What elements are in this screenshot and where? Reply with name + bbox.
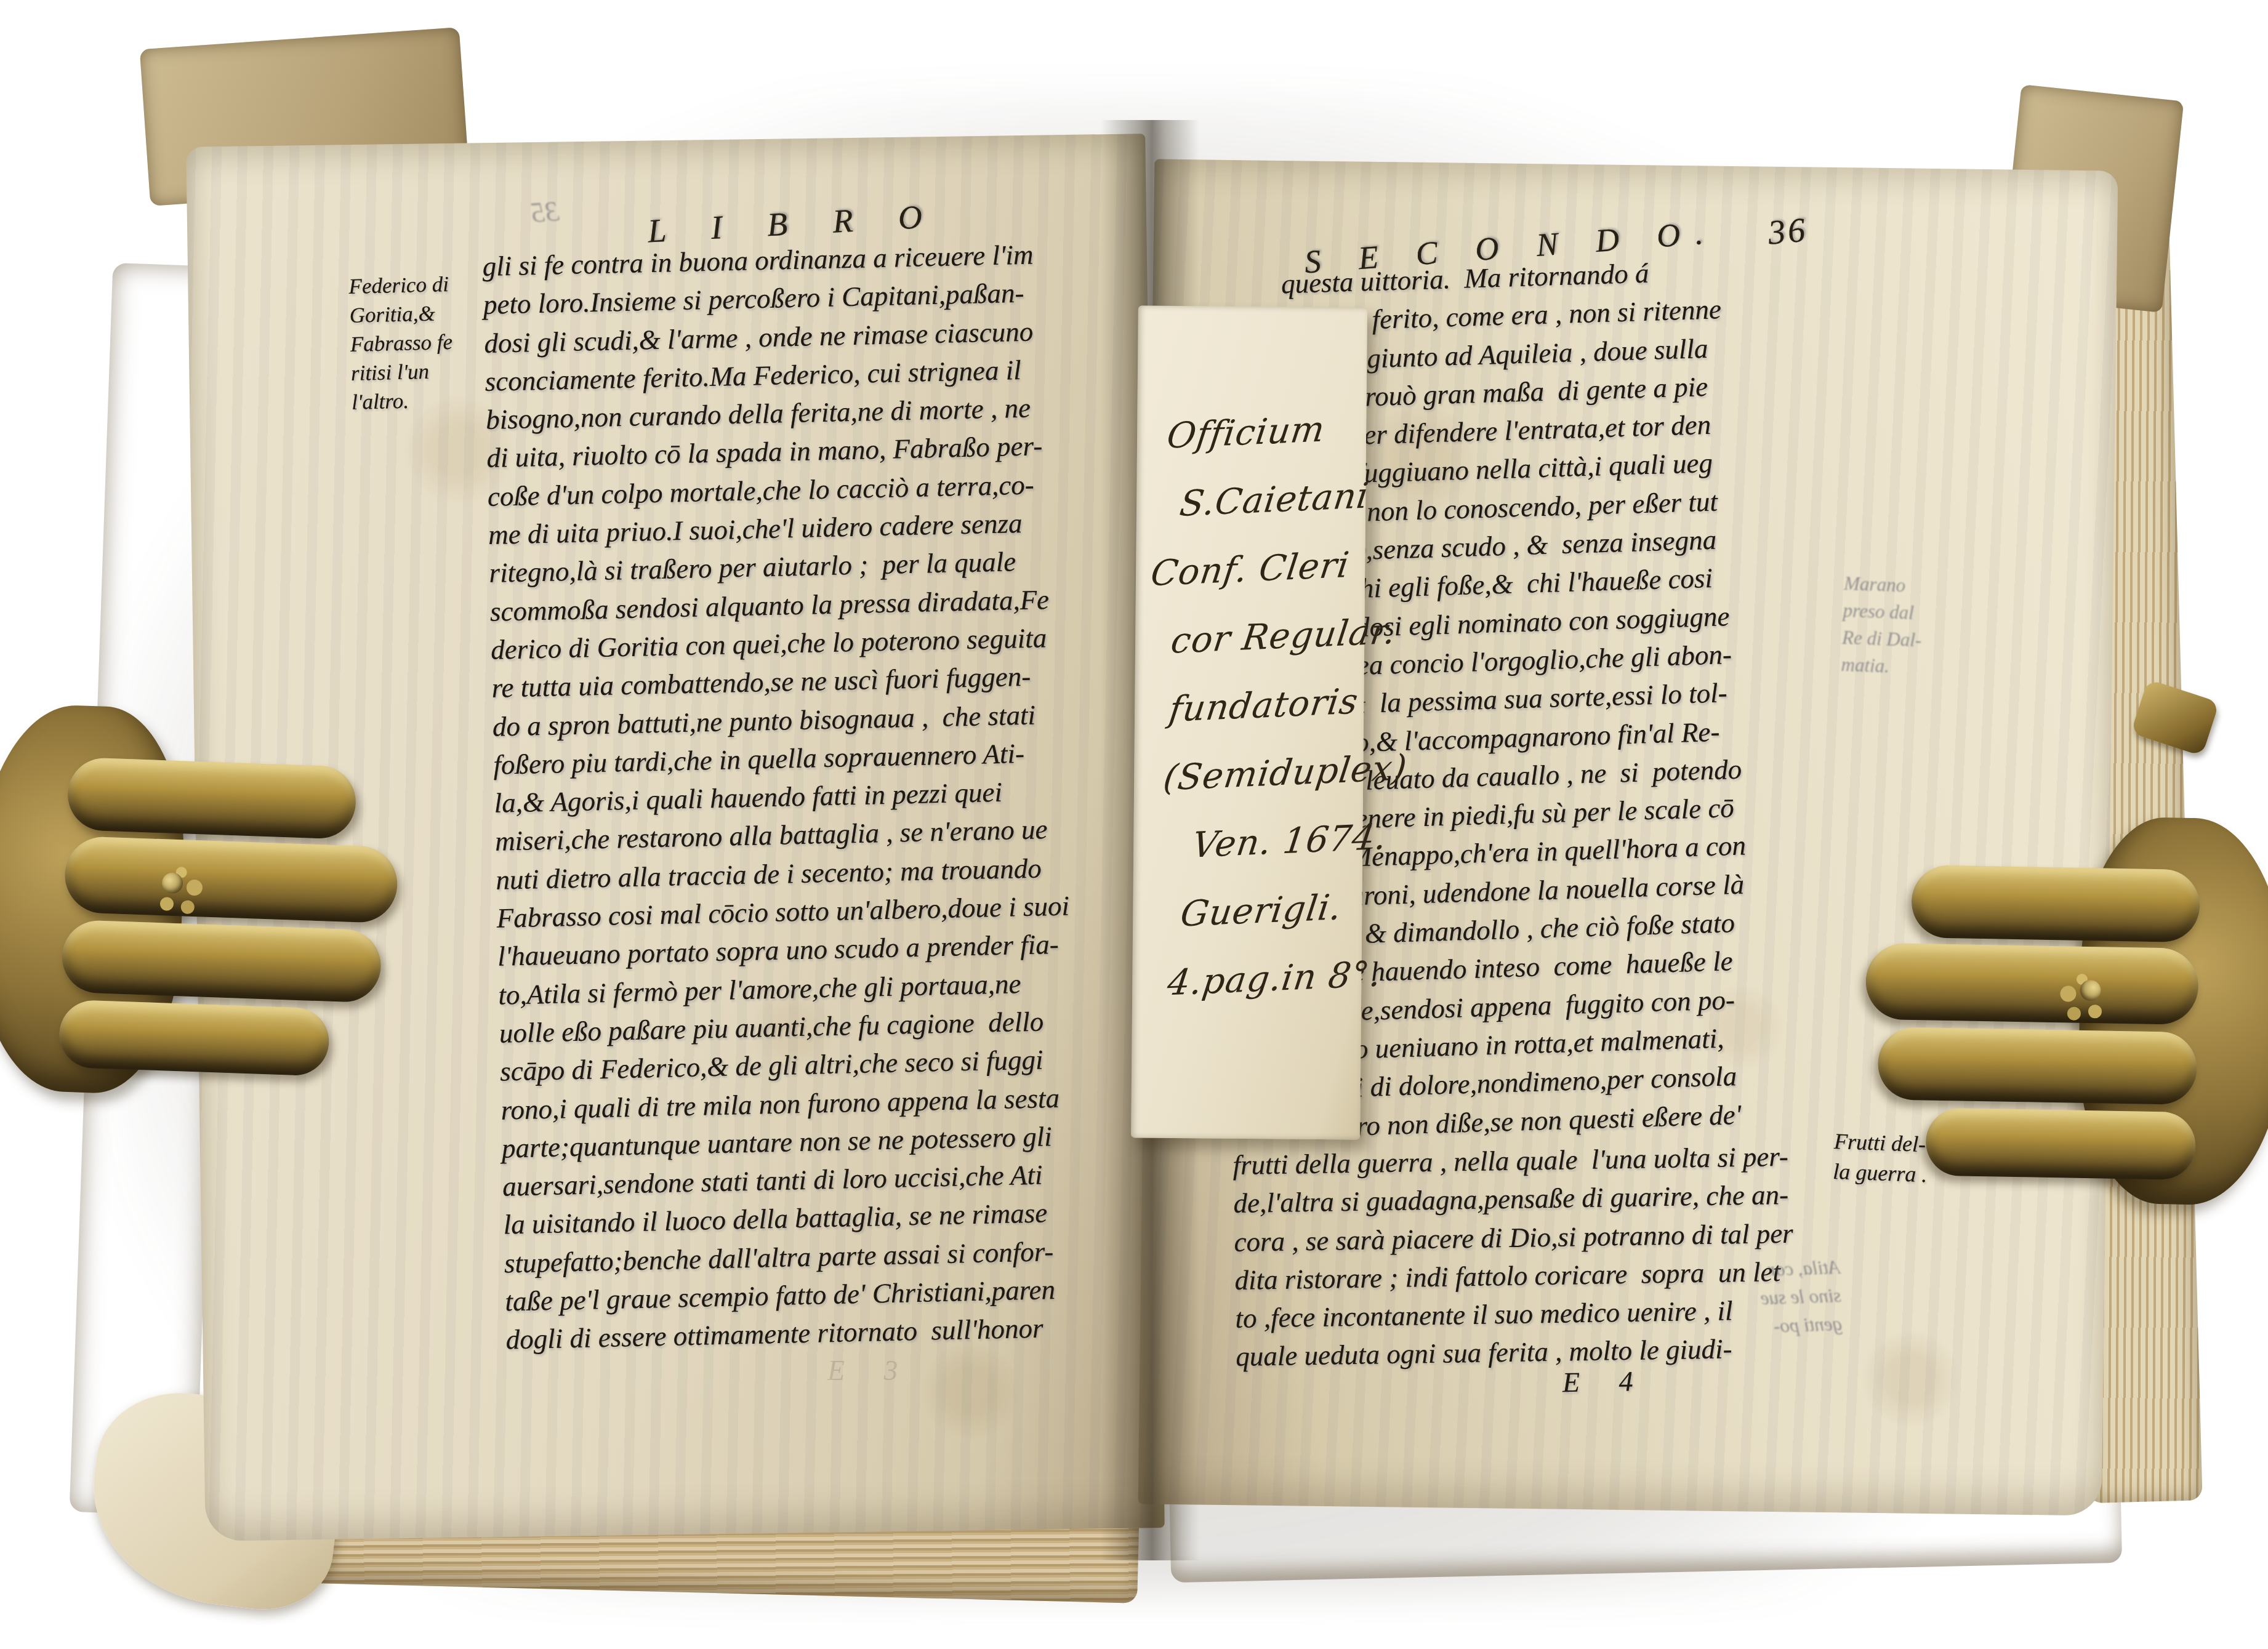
showthrough-page-number: 35 [529, 195, 560, 229]
handwriting-line: Conf. Cleri [1146, 531, 1352, 609]
left-margin-note: Federico diGoritia,&Fabrasso feritisi l'… [348, 268, 500, 417]
hand-finger [66, 757, 357, 840]
page-number: 36 [1766, 210, 1809, 252]
handwriting-line: 4.pag.in 8°. [1163, 941, 1370, 1018]
showthrough-line: genti po- [1706, 1310, 1842, 1343]
hand-finger [1911, 865, 2200, 942]
right-margin-showthrough-upper: Maranopreso dalRe di Dal-matia. [1841, 570, 1980, 683]
showthrough-line: matia. [1841, 651, 1977, 683]
margin-note-line: Goritia,& [349, 297, 497, 330]
showthrough-line: Re di Dal- [1841, 624, 1977, 656]
showthrough-line: preso dal [1843, 597, 1979, 629]
book-photograph: 35 L I B R O Federico diGoritia,&Fabrass… [0, 0, 2268, 1649]
handwritten-note-text: OfficiumS.CaietaniConf. Clericor Regular… [1138, 395, 1367, 1017]
showthrough-line: sino le sue [1705, 1282, 1841, 1315]
margin-note-line: Fabrasso fe [350, 326, 498, 359]
handwriting-line: Guerigli. [1176, 872, 1367, 949]
signature-mark-left: E 3 [827, 1354, 914, 1387]
signature-mark-right: E 4 [1562, 1365, 1650, 1398]
brass-hand-clasp-left [0, 681, 380, 1126]
brass-hand-clasp-right [1885, 792, 2268, 1229]
hand-finger [1925, 1108, 2196, 1181]
handwriting-line: Officium [1163, 395, 1346, 471]
hand-finger [1877, 1027, 2197, 1105]
handwritten-note-slip: OfficiumS.CaietaniConf. Clericor Regular… [1131, 305, 1367, 1139]
hand-finger [58, 1000, 331, 1077]
showthrough-line: Marano [1843, 570, 1979, 602]
right-margin-showthrough-lower: Atila, corsino le suegenti po- [1704, 1253, 1843, 1343]
handwriting-line: Ven. 1674. [1188, 804, 1364, 880]
margin-note-line: l'altro. [352, 384, 500, 417]
left-page-text: gli si fe contra in buona ordinanza a ri… [482, 233, 1168, 1360]
hand-finger [61, 920, 382, 1003]
showthrough-line: Atila, cor [1704, 1253, 1840, 1286]
handwriting-line: cor Regular. [1167, 600, 1355, 676]
margin-note-line: ritisi l'un [350, 355, 499, 388]
handwriting-line: fundatoris [1165, 667, 1358, 744]
handwriting-line: (Semiduplex) [1159, 736, 1361, 812]
handwriting-line: S.Caietani [1175, 463, 1349, 539]
hand-finger [1865, 943, 2199, 1025]
hand-finger [63, 836, 398, 924]
margin-note-line: Federico di [348, 268, 497, 301]
